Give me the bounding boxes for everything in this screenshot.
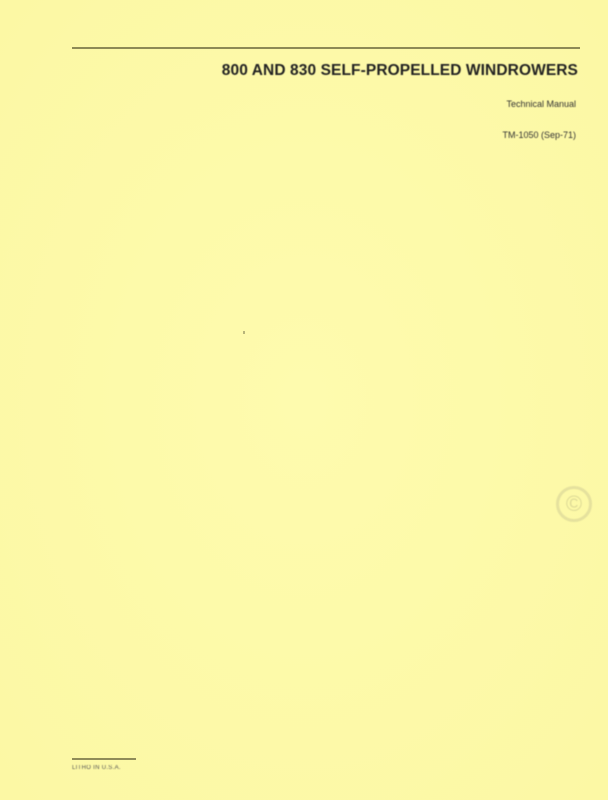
footer-imprint: LITHO IN U.S.A. bbox=[72, 765, 121, 771]
document-page: 800 AND 830 SELF-PROPELLED WINDROWERS Te… bbox=[0, 0, 608, 800]
document-title: 800 AND 830 SELF-PROPELLED WINDROWERS bbox=[222, 62, 578, 80]
bottom-horizontal-rule bbox=[72, 758, 136, 760]
document-subtitle: Technical Manual bbox=[506, 99, 576, 109]
speck-mark bbox=[243, 331, 245, 334]
manual-code: TM-1050 (Sep-71) bbox=[502, 130, 576, 140]
top-horizontal-rule bbox=[72, 47, 580, 49]
copyright-watermark-icon: © bbox=[556, 486, 592, 522]
